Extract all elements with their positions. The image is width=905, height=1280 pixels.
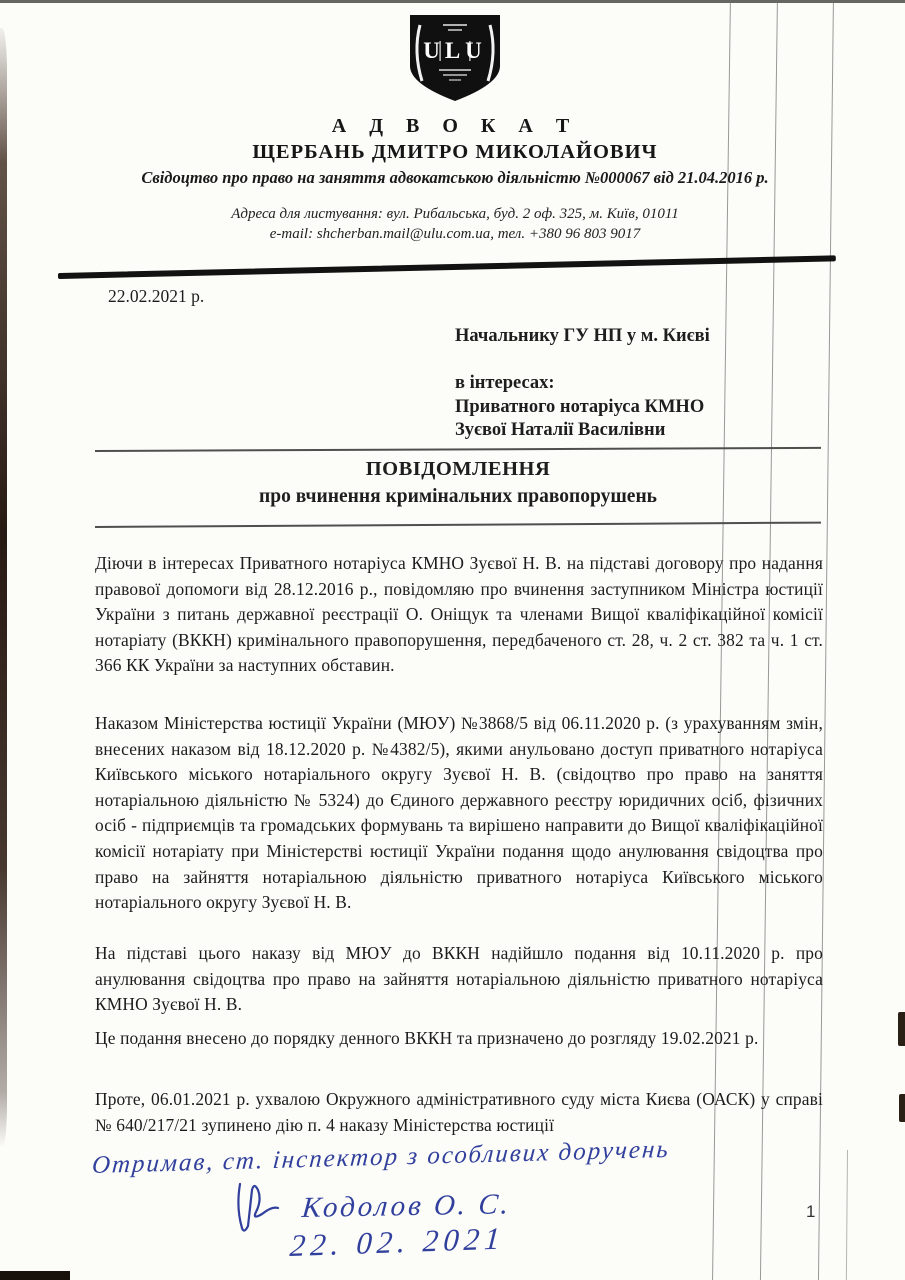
letterhead-title: А Д В О К А Т [60,115,850,138]
scan-left-edge-shadow [0,28,7,1148]
ulu-shield-logo: ULU [403,12,507,109]
document-date: 22.02.2021 р. [108,286,204,307]
addressee-interest-line2: Зуєвої Наталії Василівни [455,419,704,443]
letterhead-certificate-line: Свідоцтво про право на заняття адвокатсь… [60,168,850,188]
letterhead-address-line: Адреса для листування: вул. Рибальська, … [60,206,850,223]
scanned-document-page: ULU А Д В О К А Т ЩЕРБАНЬ ДМИТРО МИКОЛАЙ… [0,0,905,1280]
scan-bottom-left-shadow [0,1271,70,1280]
body-paragraph-1: Діючи в інтересах Приватного нотаріуса К… [95,551,823,679]
title-rule-top [95,447,821,452]
page-number: 1 [806,1202,815,1222]
addressee-interest-block: в інтересах: Приватного нотаріуса КМНО З… [455,372,704,443]
shield-icon: ULU [403,12,507,104]
letterhead: ULU А Д В О К А Т ЩЕРБАНЬ ДМИТРО МИКОЛАЙ… [60,12,850,243]
title-rule-bottom [95,522,821,528]
body-paragraph-2: Наказом Міністерства юстиції України (МЮ… [95,711,823,916]
handwritten-officer-name: Кодолов О. С. [301,1188,513,1225]
handwritten-receipt-note: Отримав, ст. інспектор з особливих доруч… [91,1136,671,1180]
document-title-line1: ПОВІДОМЛЕННЯ [95,458,821,481]
handwritten-date: 22. 02. 2021 [289,1220,506,1264]
document-title: ПОВІДОМЛЕННЯ про вчинення кримінальних п… [95,458,821,508]
document-title-line2: про вчинення кримінальних правопорушень [95,486,821,508]
logo-monogram: ULU [423,38,487,63]
body-paragraph-4: Це подання внесено до порядку денного ВК… [95,1026,823,1052]
addressee-interest-label: в інтересах: [455,372,704,396]
scan-right-edge-mark-1 [898,1012,905,1046]
body-paragraph-5: Проте, 06.01.2021 р. ухвалою Окружного а… [95,1087,823,1138]
letterhead-advocate-name: ЩЕРБАНЬ ДМИТРО МИКОЛАЙОВИЧ [60,141,850,164]
addressee-recipient: Начальнику ГУ НП у м. Києві [455,326,710,347]
addressee-interest-line1: Приватного нотаріуса КМНО [455,396,704,420]
scan-right-edge-mark-2 [899,1094,905,1122]
letterhead-contact-line: e-mail: shcherban.mail@ulu.com.ua, тел. … [60,226,850,243]
body-paragraph-3: На підставі цього наказу від МЮУ до ВККН… [95,941,823,1018]
scan-top-edge [0,0,905,3]
scan-fold-line-4 [846,1150,849,1280]
letterhead-separator-rule [58,255,836,279]
